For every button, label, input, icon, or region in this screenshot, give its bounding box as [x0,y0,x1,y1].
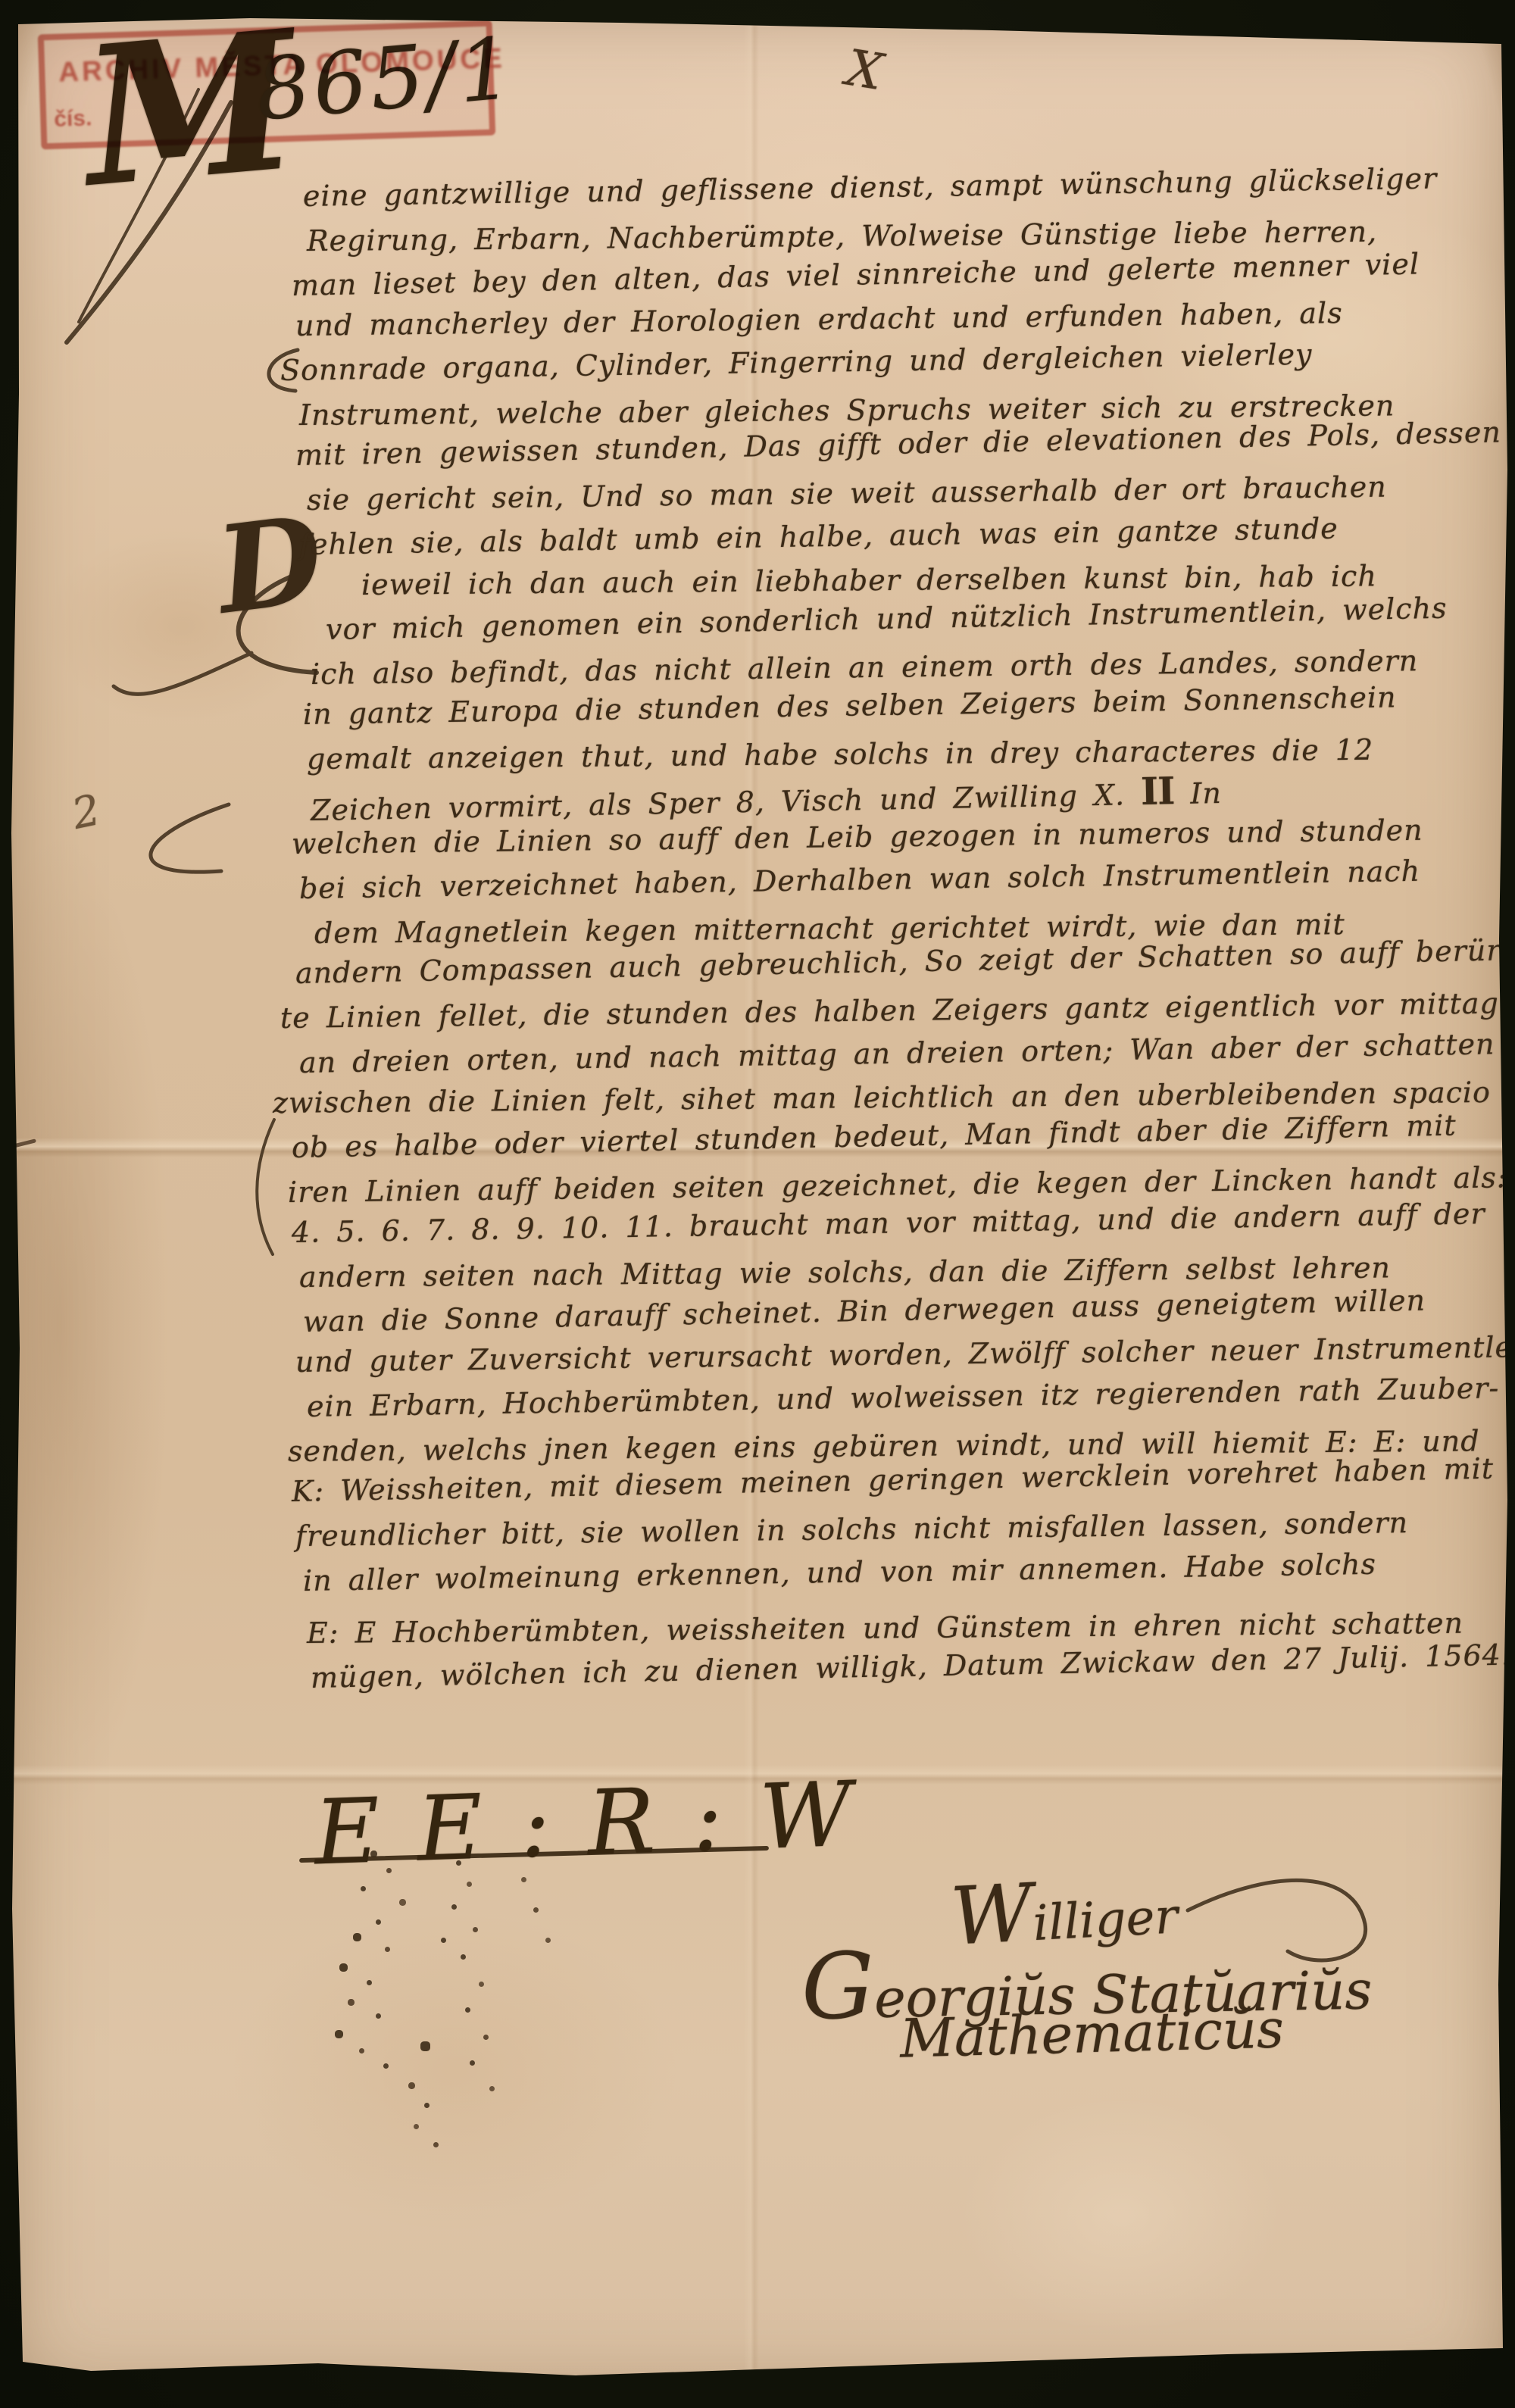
manuscript-line: ieweil ich dan auch ein liebhaber dersel… [361,561,1377,599]
gemini-numeral: II [1140,769,1174,814]
margin-tick-mark [6,1138,36,1150]
manuscript-line: gemalt anzeigen thut, und habe solchs in… [307,736,1373,773]
signature-title: Mathematicŭs [899,1997,1285,2069]
manuscript-line: in gantz Europa die stunden des selben Z… [303,682,1397,729]
manuscript-line: sie gericht sein, Und so man sie weit au… [307,473,1387,514]
archive-stamp: ARCHIV MĚSTA OLOMOUCE čís. [38,20,495,150]
manuscript-line: andern seiten nach Mittag wie solchs, da… [299,1253,1391,1291]
manuscript-line: ein Erbarn, Hochberümbten, und wolweisse… [307,1373,1500,1421]
manuscript-line: in aller wolmeinung erkennen, und von mi… [303,1550,1377,1595]
manuscript-line: Sonnrade organa, Cylinder, Fingerring un… [280,340,1313,385]
stamp-number-label: čís. [54,105,92,133]
manuscript-line: man lieset bey den alten, das viel sinnr… [292,249,1420,300]
manuscript-line: te Linien fellet, die stunden des halben… [280,988,1499,1032]
manuscript-line: an dreien orten, und nach mittag an drei… [299,1029,1495,1077]
initial-letter-d: D [211,500,329,632]
manuscript-line: eine gantzwillige und geflissene dienst,… [303,164,1438,211]
top-x-mark: X [842,39,886,102]
manuscript-line: bei sich verzeichnet haben, Derhalben wa… [299,857,1421,903]
manuscript-line: ob es halbe oder viertel stunden bedeut,… [292,1110,1457,1162]
manuscript-paper: M 865/1 X 2 D eine gantzwillige und gefl… [0,0,1515,2408]
page-background: { "colors": { "stamp_red": "#c0544c", "i… [0,0,1515,2408]
manuscript-line: vor mich genomen ein sonderlich und nütz… [326,594,1448,644]
margin-number: 2 [68,785,105,839]
manuscript-line: freundlicher bitt, sie wollen in solchs … [295,1508,1409,1551]
manuscript-line: und guter Zuversicht verursacht worden, … [295,1332,1515,1376]
manuscript-line: und mancherley der Horologien erdacht un… [295,298,1343,340]
manuscript-line: Regirung, Erbarn, Nachberümpte, Wolweise… [307,217,1377,255]
manuscript-line: fehlen sie, als baldt umb ein halbe, auc… [299,514,1339,559]
ink-spatter [0,0,2,2]
valediction-monogram: E E : R : W [313,1762,858,1885]
manuscript-line: wan die Sonne darauff scheinet. Bin derw… [303,1286,1426,1336]
